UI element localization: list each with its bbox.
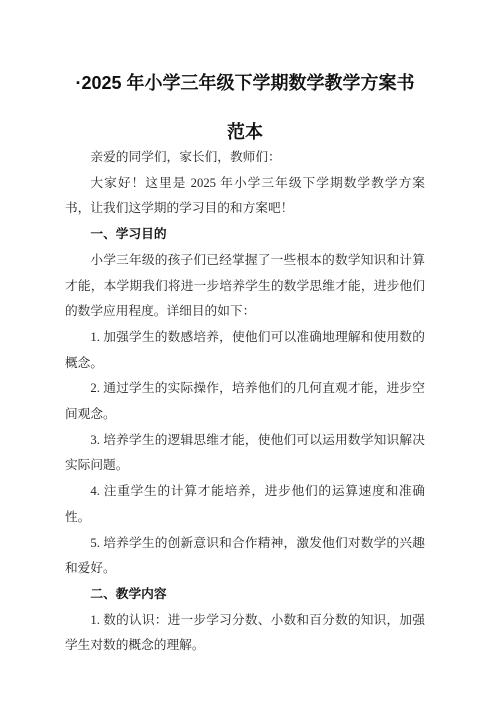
paragraph-intro: 大家好！这里是 2025 年小学三年级下学期数学教学方案书，让我们这学期的学习目…: [65, 171, 425, 222]
list-item-content-1: 1. 数的认识：进一步学习分数、小数和百分数的知识，加强学生对数的概念的理解。: [65, 608, 425, 659]
list-item-goal-1: 1. 加强学生的数感培养，使他们可以准确地理解和使用数的概念。: [65, 325, 425, 376]
list-item-goal-2: 2. 通过学生的实际操作，培养他们的几何直观才能，进步空间观念。: [65, 376, 425, 427]
list-item-goal-3: 3. 培养学生的逻辑思维才能，使他们可以运用数学知识解决实际问题。: [65, 428, 425, 479]
section-heading-learning-goals: 一、学习目的: [65, 222, 425, 248]
section-heading-teaching-content: 二、教学内容: [65, 582, 425, 608]
document-title-line-1: ·2025 年小学三年级下学期数学教学方案书: [65, 70, 425, 96]
paragraph-section1-lead: 小学三年级的孩子们已经掌握了一些根本的数学知识和计算才能，本学期我们将进一步培养…: [65, 248, 425, 325]
document-page: ·2025 年小学三年级下学期数学教学方案书 范本 亲爱的同学们，家长们，教师们…: [0, 0, 500, 707]
document-title-line-2: 范本: [65, 119, 425, 145]
document-content: ·2025 年小学三年级下学期数学教学方案书 范本 亲爱的同学们，家长们，教师们…: [0, 0, 500, 659]
paragraph-greeting: 亲爱的同学们，家长们，教师们：: [65, 145, 425, 171]
document-title: ·2025 年小学三年级下学期数学教学方案书 范本: [65, 70, 425, 145]
list-item-goal-5: 5. 培养学生的创新意识和合作精神，激发他们对数学的兴趣和爱好。: [65, 531, 425, 582]
list-item-goal-4: 4. 注重学生的计算才能培养，进步他们的运算速度和准确性。: [65, 479, 425, 530]
document-body: 亲爱的同学们，家长们，教师们： 大家好！这里是 2025 年小学三年级下学期数学…: [65, 145, 425, 659]
